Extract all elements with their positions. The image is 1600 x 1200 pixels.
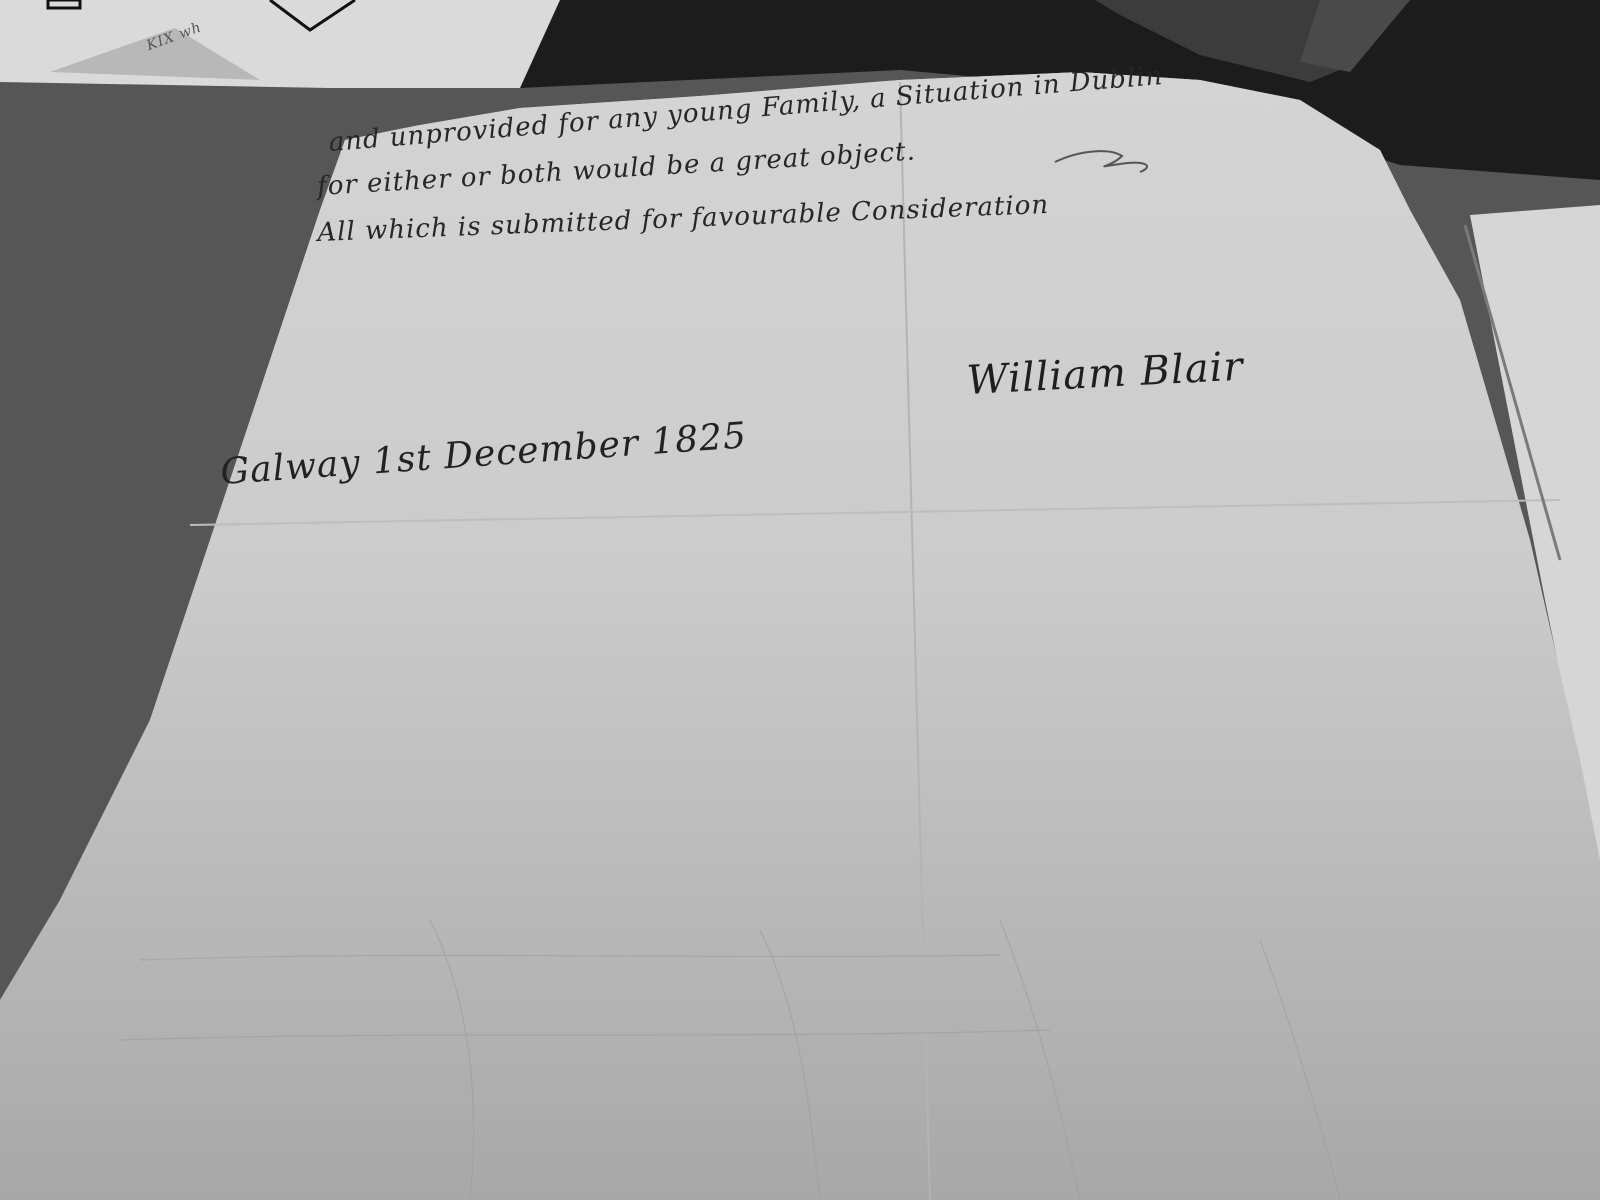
background-objects	[0, 0, 1600, 1200]
closing-flourish-icon	[1050, 140, 1160, 180]
photo-scene: KIX wh and unprovided for any young Fami…	[0, 0, 1600, 1200]
